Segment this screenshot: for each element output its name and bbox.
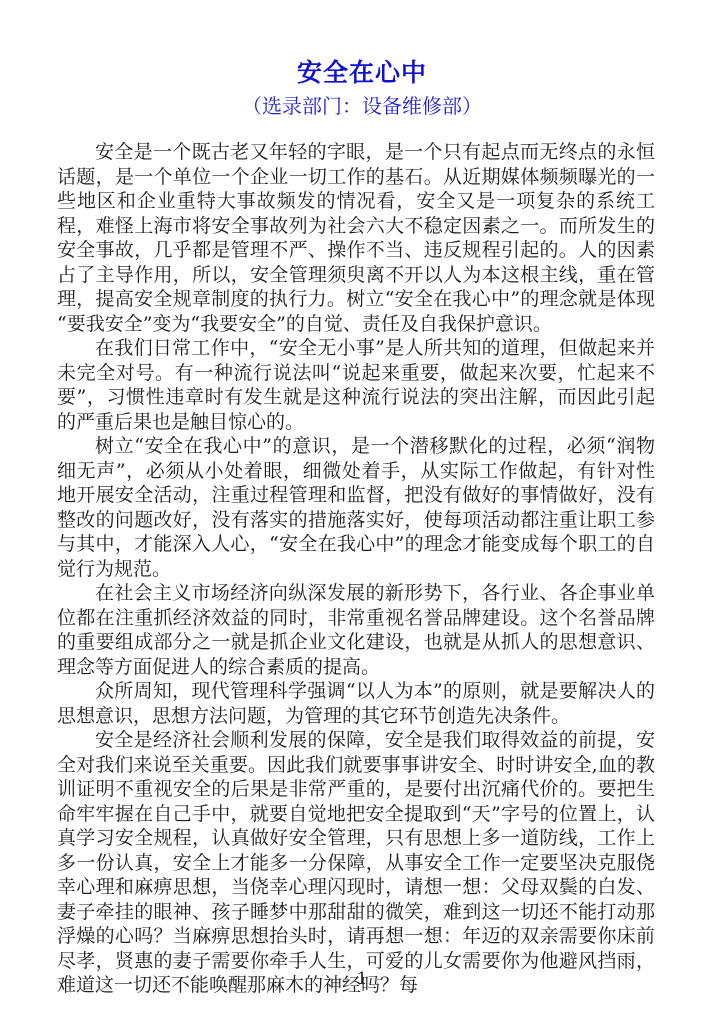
- paragraph: 在社会主义市场经济向纵深发展的新形势下，各行业、各企事业单位都在注重抓经济效益的…: [57, 581, 655, 679]
- footer-page-number: 1: [357, 969, 368, 989]
- footer-right-dash: –: [367, 969, 388, 989]
- document-page: 安全在心中 （选录部门：设备维修部） 安全是一个既古老又年轻的字眼，是一个只有起…: [0, 0, 724, 1024]
- paragraph: 树立“安全在我心中”的意识，是一个潜移默化的过程，必须“润物细无声”，必须从小处…: [57, 434, 655, 581]
- footer-left-dash: –: [336, 969, 357, 989]
- page-title: 安全在心中: [0, 58, 724, 88]
- paragraph: 安全是一个既古老又年轻的字眼，是一个只有起点而无终点的永恒话题，是一个单位一个企…: [57, 140, 655, 336]
- paragraph: 在我们日常工作中，“安全无小事”是人所共知的道理，但做起来并未完全对号。有一种流…: [57, 336, 655, 434]
- page-number-footer: –1–: [0, 968, 724, 990]
- page-subtitle: （选录部门：设备维修部）: [0, 94, 724, 119]
- document-body: 安全是一个既古老又年轻的字眼，是一个只有起点而无终点的永恒话题，是一个单位一个企…: [57, 140, 655, 998]
- paragraph: 安全是经济社会顺利发展的保障，安全是我们取得效益的前提，安全对我们来说至关重要。…: [57, 728, 655, 998]
- paragraph: 众所周知，现代管理科学强调“以人为本”的原则，就是要解决人的思想意识，思想方法问…: [57, 679, 655, 728]
